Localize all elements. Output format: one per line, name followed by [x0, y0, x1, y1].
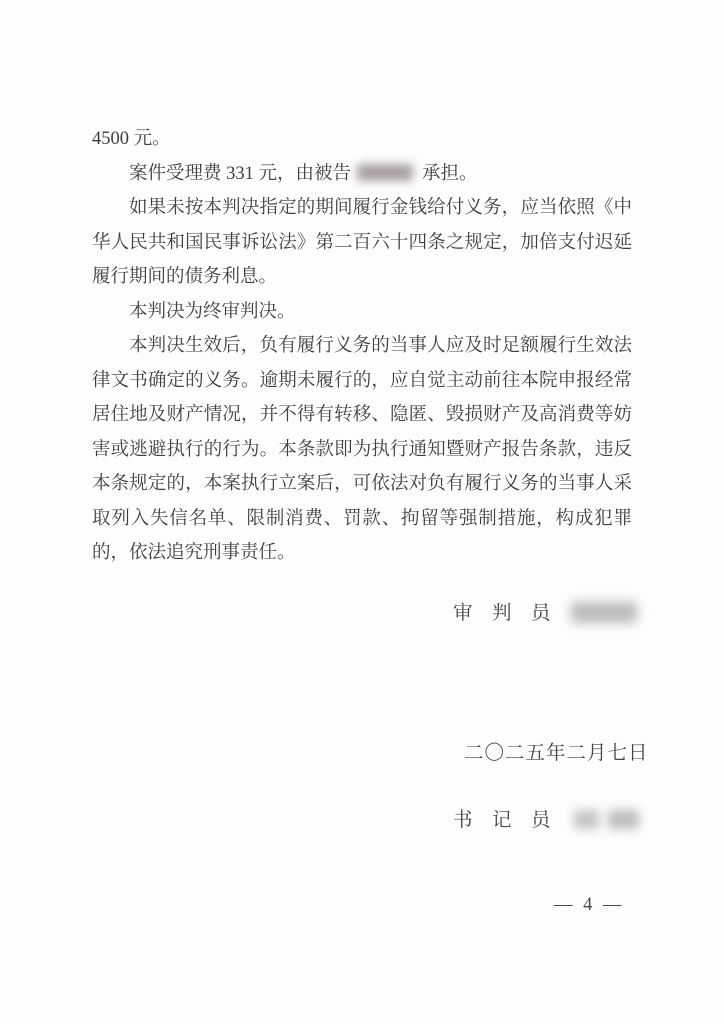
amount-continuation-line: 4500 元。 — [92, 122, 632, 157]
redacted-judge-name — [571, 602, 637, 623]
redacted-clerk-name — [608, 810, 639, 829]
page-number: — 4 — — [554, 893, 625, 917]
redacted-clerk-name — [574, 810, 599, 829]
final-judgment-line: 本判决为终审判决。 — [92, 295, 632, 330]
judgment-document-page: 4500 元。 案件受理费 331 元，由被告承担。 如果未按本判决指定的期间履… — [0, 0, 724, 1024]
case-fee-text-after: 承担。 — [422, 164, 478, 184]
delay-interest-clause: 如果未按本判决指定的期间履行金钱给付义务，应当依照《中华人民共和国民事诉讼法》第… — [92, 191, 632, 295]
redacted-defendant-name — [357, 164, 413, 181]
clerk-signature-line: 书 记 员 — [453, 809, 639, 833]
judgment-body: 4500 元。 案件受理费 331 元，由被告承担。 如果未按本判决指定的期间履… — [92, 122, 632, 571]
clerk-label: 书 记 员 — [453, 810, 551, 831]
case-fee-line: 案件受理费 331 元，由被告承担。 — [92, 157, 632, 192]
case-fee-text-before: 案件受理费 331 元，由被告 — [129, 164, 351, 184]
enforcement-clause: 本判决生效后，负有履行义务的当事人应及时足额履行生效法律文书确定的义务。逾期未履… — [92, 329, 632, 571]
judge-signature-line: 审 判 员 — [453, 602, 637, 626]
judge-label: 审 判 员 — [453, 603, 551, 624]
judgment-date: 二〇二五年二月七日 — [464, 742, 649, 766]
